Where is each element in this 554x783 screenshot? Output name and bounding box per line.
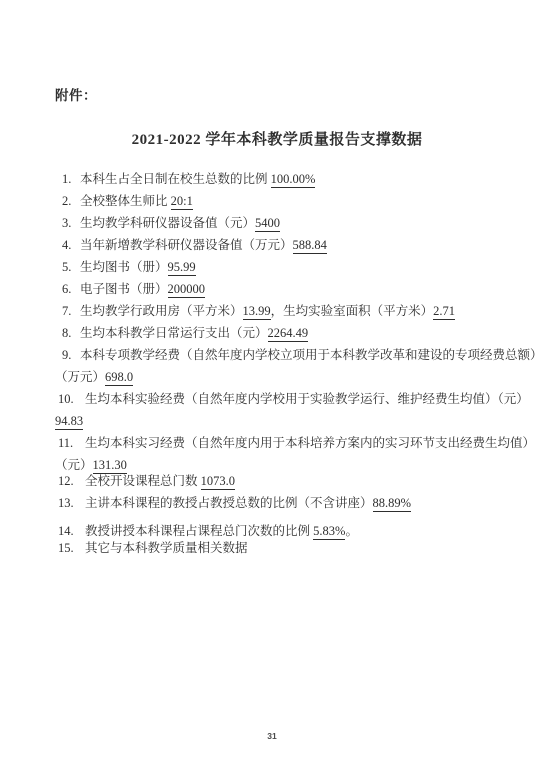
document-page: 附件： 2021-2022 学年本科教学质量报告支撑数据 1.本科生占全日制在校… bbox=[0, 0, 554, 783]
item-text: 本科专项教学经费（自然年度内学校立项用于本科教学改革和建设的专项经费总额） bbox=[80, 348, 543, 362]
item-text: （万元） bbox=[55, 370, 105, 384]
item-text: 其它与本科教学质量相关数据 bbox=[85, 541, 248, 555]
item-number: 9. bbox=[62, 344, 80, 366]
item-line: 2.全校整体生师比 20:1 bbox=[55, 190, 524, 212]
item-value: 200000 bbox=[168, 282, 206, 298]
item-text: 生均本科实习经费（自然年度内用于本科培养方案内的实习环节支出经费生均值） bbox=[85, 436, 535, 450]
item-value: 5.83% bbox=[313, 524, 345, 540]
item-text: 全校整体生师比 bbox=[80, 194, 171, 208]
item-value: 698.0 bbox=[105, 370, 133, 386]
item-number: 6. bbox=[62, 278, 80, 300]
item-line: 11.生均本科实习经费（自然年度内用于本科培养方案内的实习环节支出经费生均值） bbox=[55, 432, 524, 454]
item-text: 生均教学科研仪器设备值（元） bbox=[80, 216, 255, 230]
item-line: 4.当年新增教学科研仪器设备值（万元）588.84 bbox=[55, 234, 524, 256]
item-text: ，生均实验室面积（平方米） bbox=[271, 304, 434, 318]
list-item: 4.当年新增教学科研仪器设备值（万元）588.84 bbox=[55, 234, 524, 256]
page-number: 31 bbox=[0, 731, 544, 741]
item-number: 1. bbox=[62, 168, 80, 190]
list-item: 12.全校开设课程总门数 1073.0 bbox=[55, 470, 524, 492]
item-text: 生均图书（册） bbox=[80, 260, 168, 274]
item-value: 100.00% bbox=[271, 172, 316, 188]
item-line: 10.生均本科实验经费（自然年度内学校用于实验教学运行、维护经费生均值）（元） bbox=[55, 388, 524, 410]
list-item: 3.生均教学科研仪器设备值（元）5400 bbox=[55, 212, 524, 234]
item-text: 教授讲授本科课程占课程总门次数的比例 bbox=[85, 524, 313, 538]
list-item: 9.本科专项教学经费（自然年度内学校立项用于本科教学改革和建设的专项经费总额）（… bbox=[55, 344, 524, 388]
item-text: 当年新增教学科研仪器设备值（万元） bbox=[80, 238, 293, 252]
page-title: 2021-2022 学年本科教学质量报告支撑数据 bbox=[0, 128, 554, 149]
item-line: 7.生均教学行政用房（平方米）13.99，生均实验室面积（平方米）2.71 bbox=[55, 300, 524, 322]
item-line: 3.生均教学科研仪器设备值（元）5400 bbox=[55, 212, 524, 234]
item-continuation-line: 94.83 bbox=[55, 410, 524, 432]
item-text: 。 bbox=[345, 524, 358, 538]
item-value: 588.84 bbox=[293, 238, 327, 254]
item-number: 11. bbox=[58, 432, 85, 454]
attachment-label: 附件： bbox=[55, 84, 97, 104]
item-number: 7. bbox=[62, 300, 80, 322]
item-text: 本科生占全日制在校生总数的比例 bbox=[80, 172, 271, 186]
item-text: 主讲本科课程的教授占教授总数的比例（不含讲座） bbox=[85, 496, 373, 510]
item-value: 20:1 bbox=[171, 194, 193, 210]
item-continuation-line: （万元）698.0 bbox=[55, 366, 524, 388]
item-line: 1.本科生占全日制在校生总数的比例 100.00% bbox=[55, 168, 524, 190]
item-line: 12.全校开设课程总门数 1073.0 bbox=[55, 470, 524, 492]
item-value: 2264.49 bbox=[268, 326, 309, 342]
item-line: 13.主讲本科课程的教授占教授总数的比例（不含讲座）88.89% bbox=[55, 492, 524, 514]
item-number: 12. bbox=[58, 470, 85, 492]
item-value: 88.89% bbox=[373, 496, 412, 512]
item-line: 9.本科专项教学经费（自然年度内学校立项用于本科教学改革和建设的专项经费总额） bbox=[55, 344, 524, 366]
list-item: 10.生均本科实验经费（自然年度内学校用于实验教学运行、维护经费生均值）（元）9… bbox=[55, 388, 524, 432]
list-item: 1.本科生占全日制在校生总数的比例 100.00% bbox=[55, 168, 524, 190]
item-text: 生均本科教学日常运行支出（元） bbox=[80, 326, 268, 340]
list-item: 6.电子图书（册）200000 bbox=[55, 278, 524, 300]
list-item: 2.全校整体生师比 20:1 bbox=[55, 190, 524, 212]
item-number: 13. bbox=[58, 492, 85, 514]
doc-list: 1.本科生占全日制在校生总数的比例 100.00%2.全校整体生师比 20:13… bbox=[55, 168, 524, 559]
list-item: 8.生均本科教学日常运行支出（元）2264.49 bbox=[55, 322, 524, 344]
item-number: 8. bbox=[62, 322, 80, 344]
list-item: 13.主讲本科课程的教授占教授总数的比例（不含讲座）88.89% bbox=[55, 492, 524, 514]
item-number: 3. bbox=[62, 212, 80, 234]
item-number: 15. bbox=[58, 537, 85, 559]
list-item: 7.生均教学行政用房（平方米）13.99，生均实验室面积（平方米）2.71 bbox=[55, 300, 524, 322]
list-item: 5.生均图书（册）95.99 bbox=[55, 256, 524, 278]
item-text: 全校开设课程总门数 bbox=[85, 474, 201, 488]
item-value: 13.99 bbox=[243, 304, 271, 320]
item-value: 2.71 bbox=[433, 304, 455, 320]
item-number: 5. bbox=[62, 256, 80, 278]
item-value: 5400 bbox=[255, 216, 280, 232]
item-text: 生均教学行政用房（平方米） bbox=[80, 304, 243, 318]
item-value: 94.83 bbox=[55, 414, 83, 430]
item-text: 生均本科实验经费（自然年度内学校用于实验教学运行、维护经费生均值）（元） bbox=[85, 392, 529, 406]
item-line: 5.生均图书（册）95.99 bbox=[55, 256, 524, 278]
item-line: 6.电子图书（册）200000 bbox=[55, 278, 524, 300]
item-value: 95.99 bbox=[168, 260, 196, 276]
item-value: 1073.0 bbox=[201, 474, 235, 490]
item-line: 8.生均本科教学日常运行支出（元）2264.49 bbox=[55, 322, 524, 344]
item-number: 10. bbox=[58, 388, 85, 410]
item-number: 2. bbox=[62, 190, 80, 212]
item-text: 电子图书（册） bbox=[80, 282, 168, 296]
item-number: 4. bbox=[62, 234, 80, 256]
